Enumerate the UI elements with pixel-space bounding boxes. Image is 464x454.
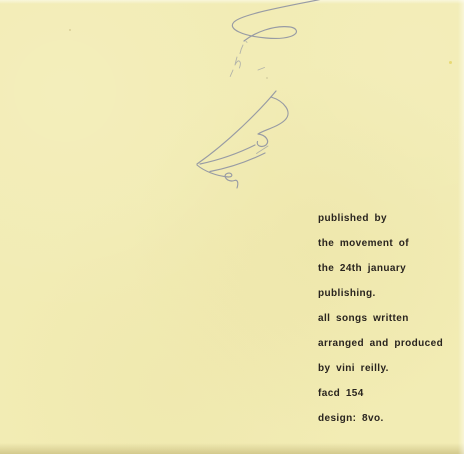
paper-speck [449,61,452,64]
credits-line-published-by: published by [318,206,443,231]
signature-stroke-n [235,57,240,68]
paper-speck [266,77,268,79]
credits-line-the-movement-of: the movement of [318,231,443,256]
signature-stroke-dash [258,68,265,71]
credits-line-all-songs: all songs written [318,306,443,331]
signature-stroke-l1 [200,145,255,164]
paper-speck [69,29,71,31]
credits-block: published by the movement of the 24th ja… [318,206,443,431]
signature-stroke-r-bowl [257,97,288,146]
signature-stroke-r-stem [197,91,276,164]
signature-stroke-e [257,146,269,154]
credits-line-by-vini-reilly: by vini reilly. [318,356,443,381]
signature-stroke-i1 [240,45,243,54]
signature-stroke-v [232,0,327,41]
credits-line-facd-154: facd 154 [318,381,443,406]
credits-line-publishing: publishing. [318,281,443,306]
signature-stroke-l2 [210,153,265,172]
signature-stroke-i2 [230,70,233,77]
signature-stroke-y [197,165,238,188]
sleeve-scan: published by the movement of the 24th ja… [0,0,464,454]
credits-line-arranged: arranged and produced [318,331,443,356]
credits-line-design-8vo: design: 8vo. [318,406,443,431]
signature-stroke-idot [246,42,247,43]
credits-line-24th-january: the 24th january [318,256,443,281]
